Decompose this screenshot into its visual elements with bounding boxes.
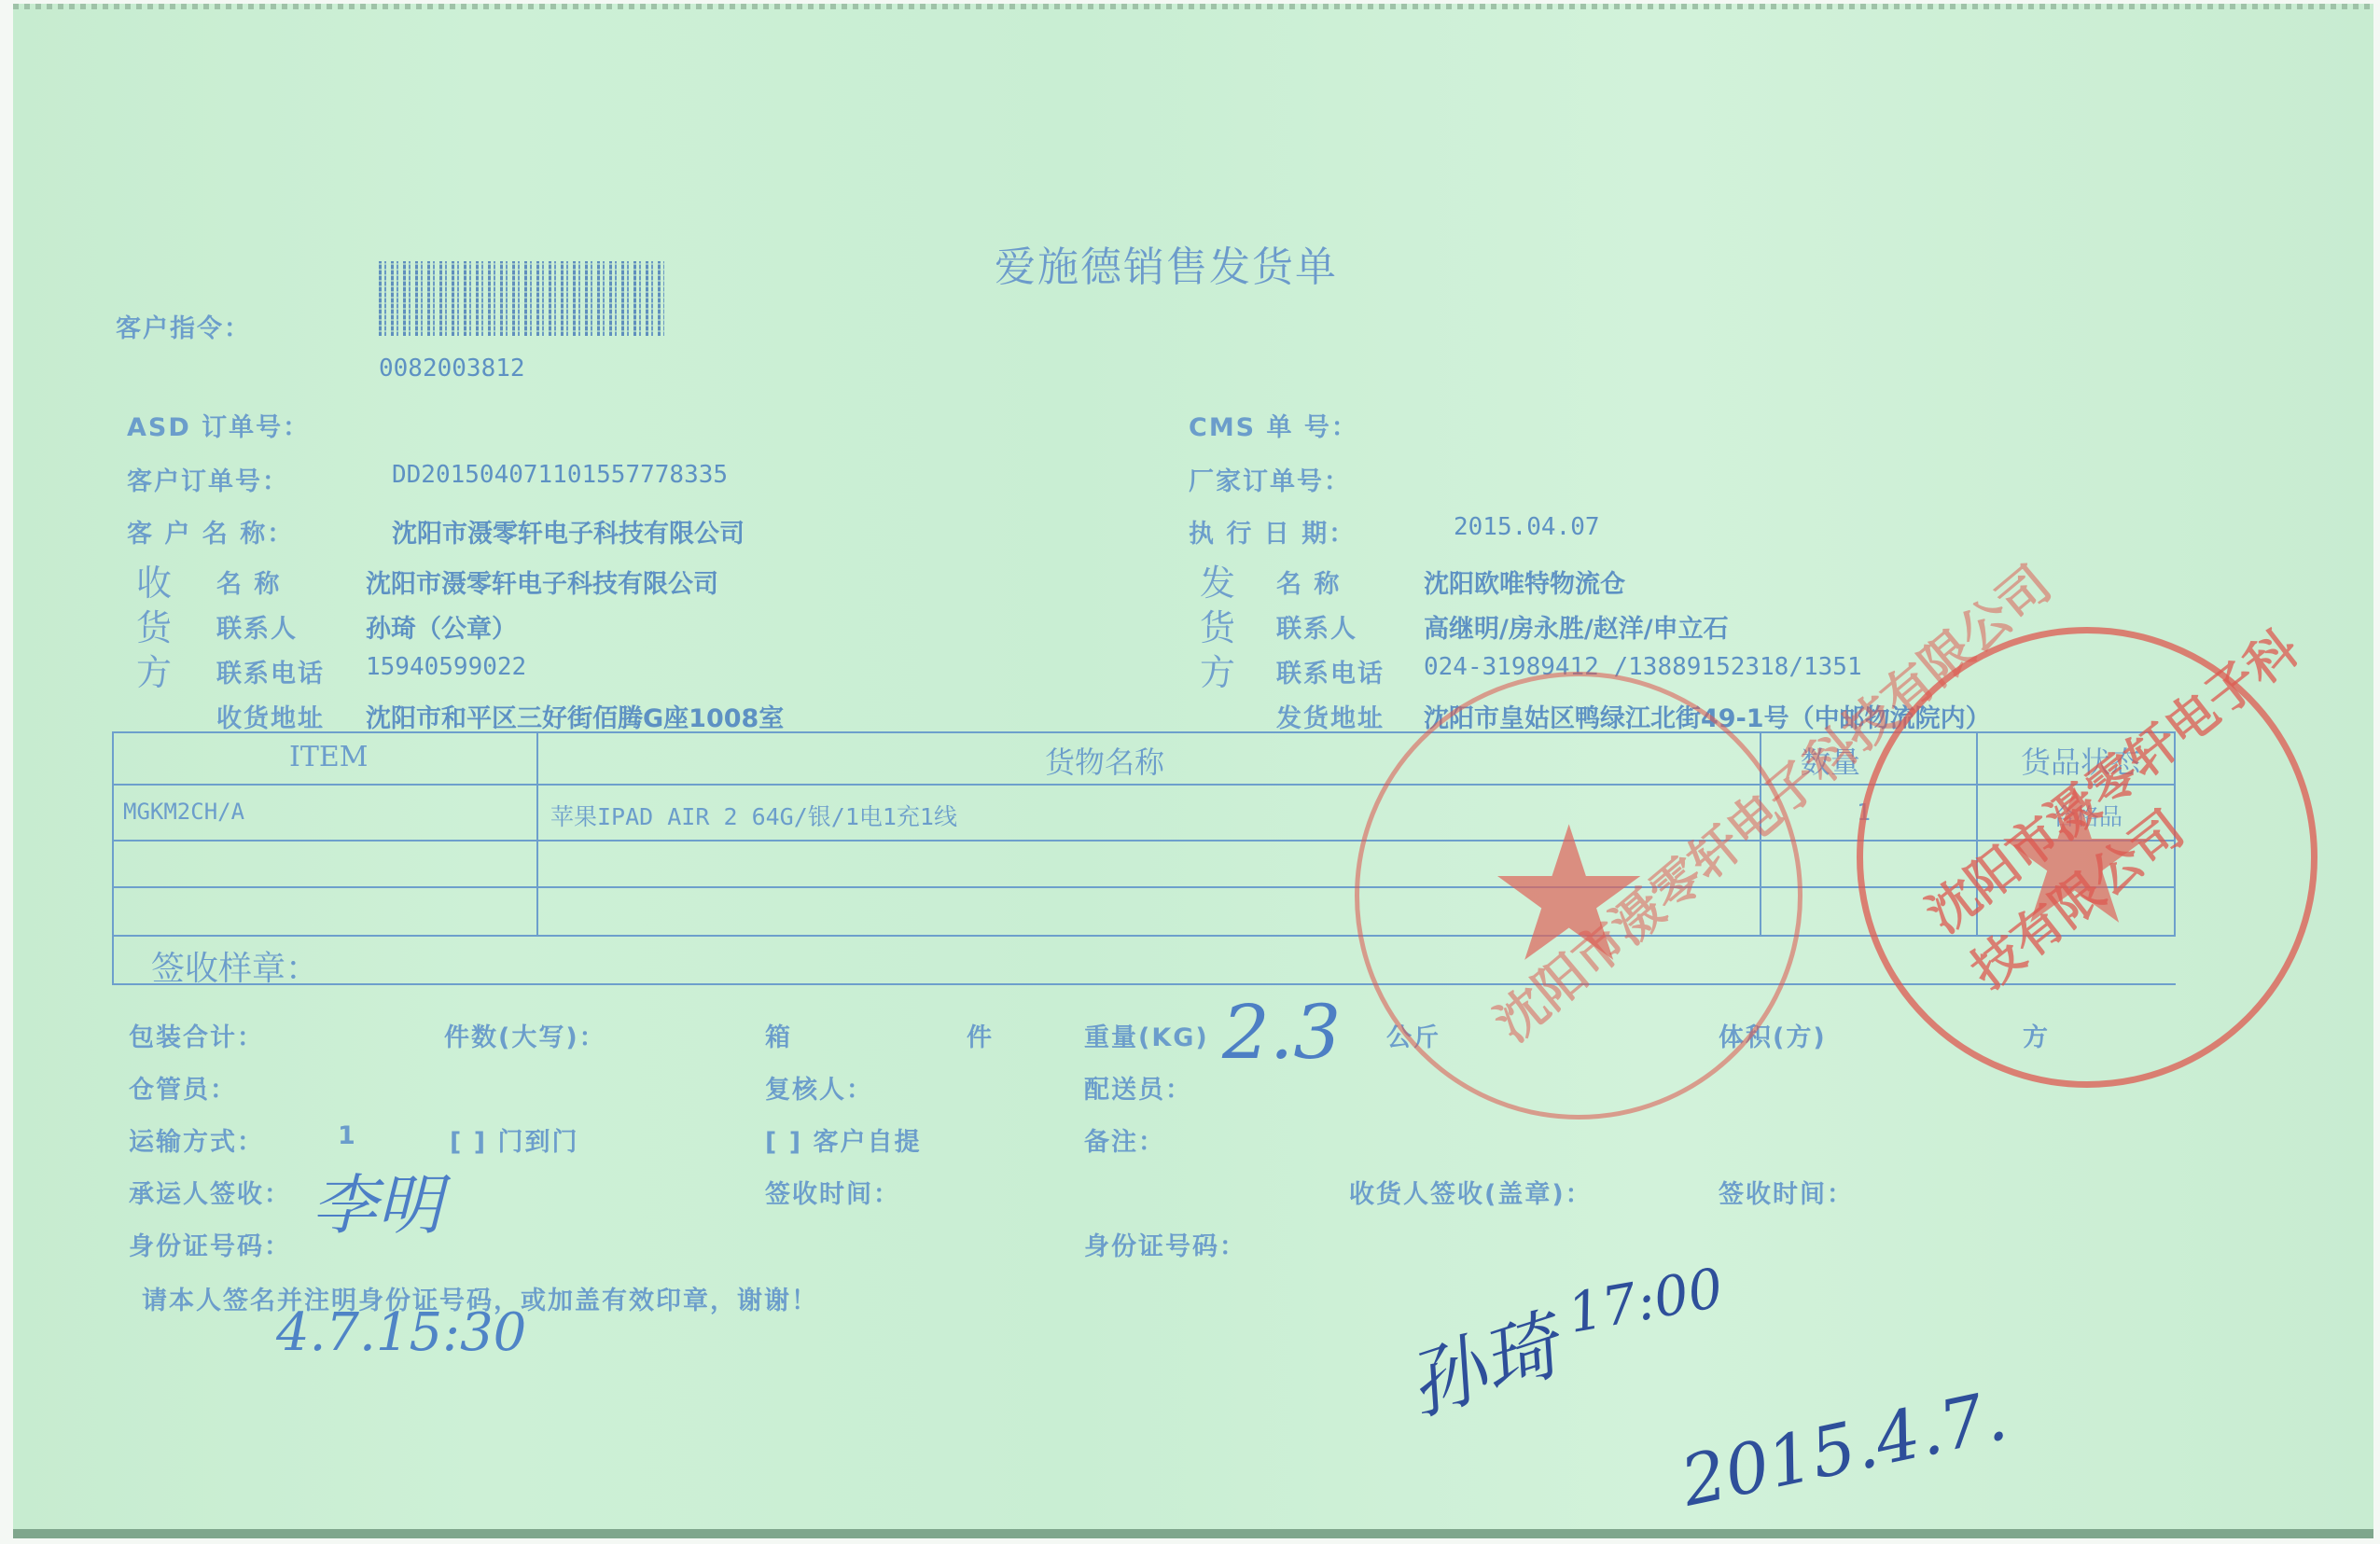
transport-label: 运输方式： [129,1121,264,1158]
receiver-address-value: 沈阳市和平区三好街佰腾G座1008室 [366,698,784,734]
shipper-phone-label: 联系电话 [1276,653,1385,689]
carrier-sign-label: 承运人签收： [129,1174,291,1210]
row-item: MGKM2CH/A [123,799,244,825]
sign-time-label: 签收时间： [765,1174,900,1210]
shipper-side-char-3: 方 [1200,644,1235,695]
shipper-side-char-2: 货 [1200,599,1235,650]
exec-date-value: 2015.04.07 [1454,513,1600,541]
receiver-side-char-3: 方 [136,644,172,695]
shipper-contact-label: 联系人 [1276,608,1357,645]
receiver-sign-label: 收货人签收(盖章)： [1349,1174,1593,1210]
pieces-label: 件数(大写)： [444,1017,606,1053]
receiver-contact-label: 联系人 [216,608,298,645]
asd-order-label: ASD 订单号： [127,407,310,443]
id-label-right: 身份证号码： [1084,1226,1246,1262]
barcode [379,261,664,336]
warehouse-label: 仓管员： [129,1069,237,1106]
receiver-sign-time-label: 签收时间： [1719,1174,1854,1210]
cms-label: CMS 单 号： [1189,407,1358,443]
reviewer-label: 复核人： [765,1069,873,1106]
shipper-name-value: 沈阳欧唯特物流仓 [1424,563,1625,600]
remarks-label: 备注： [1084,1121,1165,1158]
customer-command-label: 客户指令： [116,308,251,344]
table-header-name: 货物名称 [1045,739,1164,782]
exec-date-label: 执 行 日 期： [1189,513,1356,549]
weight-handwritten: 2.3 [1222,989,1341,1076]
customer-name-label: 客 户 名 称： [127,513,294,549]
delivery-label: 配送员： [1084,1069,1192,1106]
document-title: 爱施德销售发货单 [995,233,1338,293]
receiver-name-value: 沈阳市滠零轩电子科技有限公司 [366,563,718,600]
shipper-contact-value: 高继明/房永胜/赵洋/申立石 [1424,608,1729,645]
receiver-side-char-2: 货 [136,599,172,650]
customer-order-value: DD201504071101557778335 [392,461,728,489]
shipper-address-label: 发货地址 [1276,698,1385,734]
receiver-phone-label: 联系电话 [216,653,325,689]
id-label-left: 身份证号码： [129,1226,291,1262]
piece-label: 件 [967,1017,994,1053]
receiver-address-label: 收货地址 [216,698,325,734]
package-total-label: 包装合计： [129,1017,264,1053]
receiver-side-char-1: 收 [136,554,172,605]
barcode-number: 0082003812 [379,355,525,383]
self-pickup-option[interactable]: [ ] 客户自提 [765,1121,921,1158]
door-to-door-option[interactable]: [ ] 门到门 [450,1121,578,1158]
carrier-signature: 李明 [312,1153,442,1247]
shipper-phone-value: 024-31989412 /13889152318/1351 [1424,653,1862,681]
receiver-name-label: 名 称 [216,563,281,600]
shipper-name-label: 名 称 [1276,563,1341,600]
row-name: 苹果IPAD AIR 2 64G/银/1电1充1线 [550,799,957,832]
receiver-phone-value: 15940599022 [366,653,526,681]
receiver-contact-value: 孙琦（公章） [366,608,517,645]
handwritten-time-left: 4.7.15:30 [276,1302,526,1363]
box-label: 箱 [765,1017,792,1053]
shipper-side-char-1: 发 [1200,554,1235,605]
customer-name-value: 沈阳市滠零轩电子科技有限公司 [392,513,745,549]
table-header-item: ITEM [289,741,368,773]
transport-mark: 1 [338,1121,357,1150]
weight-label: 重量(KG) [1084,1017,1209,1053]
customer-order-label: 客户订单号： [127,461,289,497]
sign-stamp-label: 签收样章： [151,942,319,990]
factory-order-label: 厂家订单号： [1189,461,1351,497]
